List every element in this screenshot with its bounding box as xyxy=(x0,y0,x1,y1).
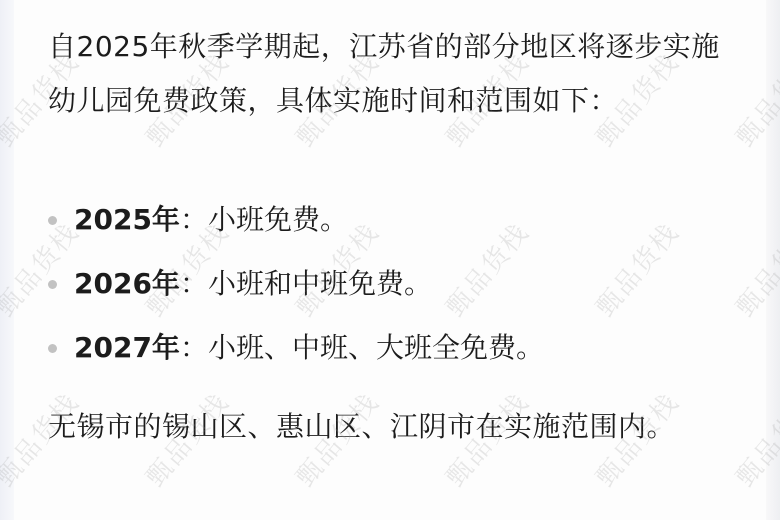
left-edge-shadow xyxy=(0,0,14,520)
bullet-icon xyxy=(48,216,57,225)
list-item: 2027年：小班、中班、大班全免费。 xyxy=(48,316,544,380)
closing-paragraph: 无锡市的锡山区、惠山区、江阴市在实施范围内。 xyxy=(48,400,728,454)
list-item-separator: ： xyxy=(180,203,208,236)
list-item-text: 小班和中班免费。 xyxy=(208,267,432,300)
list-item-separator: ： xyxy=(180,331,208,364)
list-item: 2025年：小班免费。 xyxy=(48,188,544,252)
right-edge-shadow xyxy=(766,0,780,520)
list-item-separator: ： xyxy=(180,267,208,300)
list-item: 2026年：小班和中班免费。 xyxy=(48,252,544,316)
list-item-year: 2027年 xyxy=(74,331,180,364)
list-item-text: 小班、中班、大班全免费。 xyxy=(208,331,544,364)
watermark: 甄品货栈 xyxy=(586,214,686,324)
bullet-icon xyxy=(48,280,57,289)
policy-list: 2025年：小班免费。 2026年：小班和中班免费。 2027年：小班、中班、大… xyxy=(48,188,544,380)
intro-paragraph: 自2025年秋季学期起，江苏省的部分地区将逐步实施幼儿园免费政策，具体实施时间和… xyxy=(48,20,728,128)
bullet-icon xyxy=(48,344,57,353)
list-item-year: 2026年 xyxy=(74,267,180,300)
list-item-year: 2025年 xyxy=(74,203,180,236)
list-item-text: 小班免费。 xyxy=(208,203,348,236)
